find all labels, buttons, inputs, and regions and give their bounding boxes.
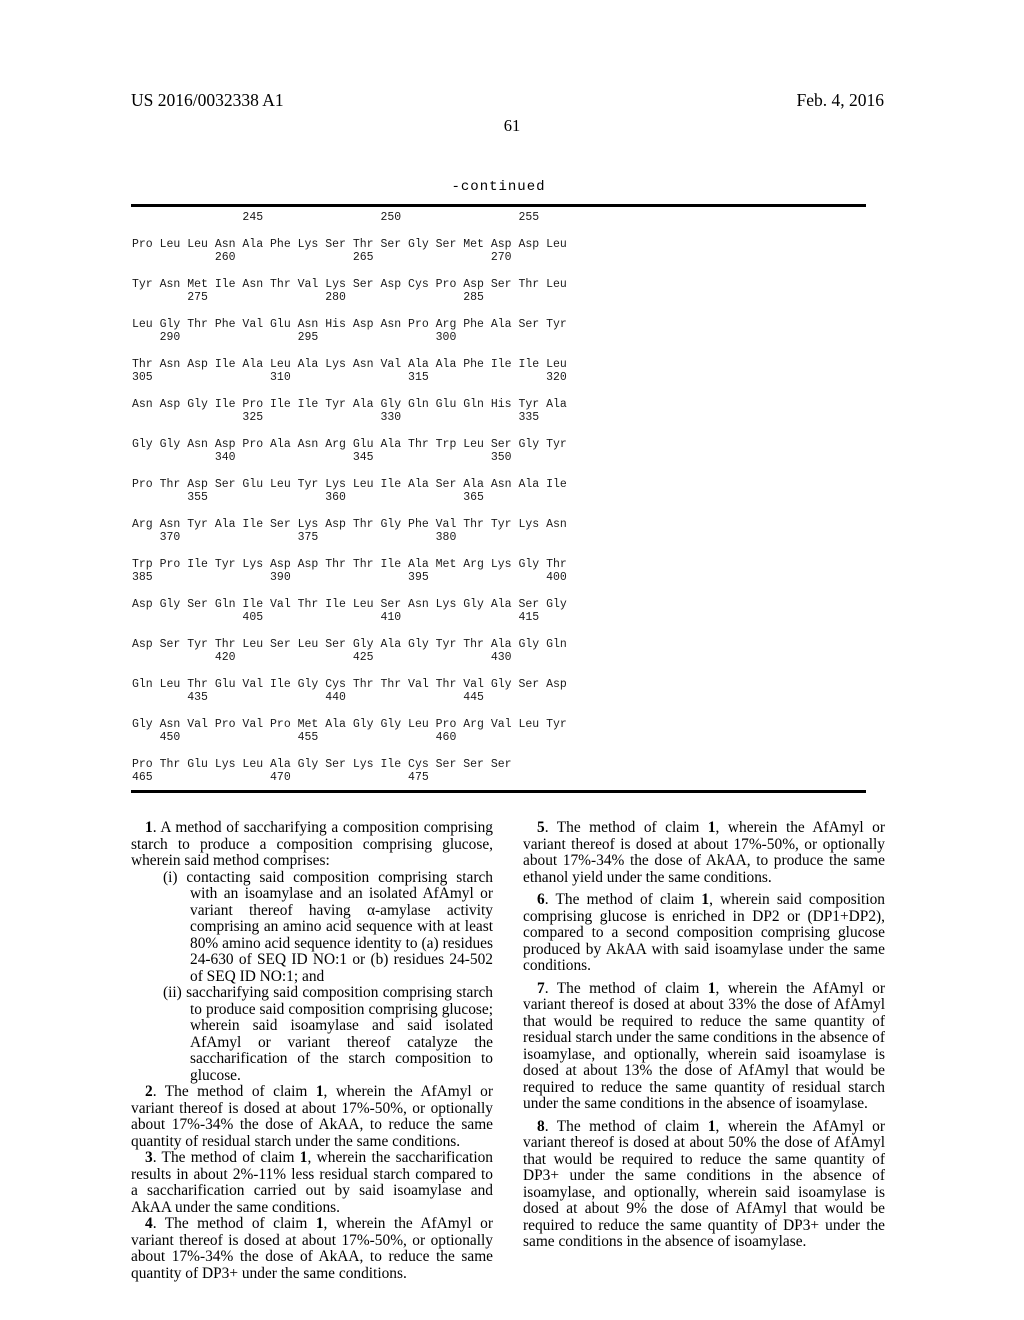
- publication-date: Feb. 4, 2016: [797, 90, 885, 111]
- continued-label: -continued: [131, 179, 866, 195]
- bottom-rule: [131, 790, 866, 793]
- claim-paragraph: 6. The method of claim 1, wherein said c…: [523, 892, 885, 975]
- patent-page: US 2016/0032338 A1 Feb. 4, 2016 61 -cont…: [0, 0, 1024, 1320]
- top-rule: [131, 204, 866, 207]
- claim-paragraph: 4. The method of claim 1, wherein the Af…: [131, 1216, 493, 1282]
- claims-column-left: 1. A method of saccharifying a compositi…: [131, 820, 493, 1282]
- claim-paragraph: 2. The method of claim 1, wherein the Af…: [131, 1084, 493, 1150]
- publication-number: US 2016/0032338 A1: [131, 90, 284, 111]
- claim-paragraph: 8. The method of claim 1, wherein the Af…: [523, 1119, 885, 1251]
- claim-paragraph: 3. The method of claim 1, wherein the sa…: [131, 1150, 493, 1216]
- claim-subitem: (i) contacting said composition comprisi…: [131, 870, 493, 986]
- claim-paragraph: 7. The method of claim 1, wherein the Af…: [523, 981, 885, 1113]
- claim-subitem: (ii) saccharifying said composition comp…: [131, 985, 493, 1084]
- claim-paragraph: 1. A method of saccharifying a compositi…: [131, 820, 493, 870]
- claim-paragraph: 5. The method of claim 1, wherein the Af…: [523, 820, 885, 886]
- claims-section: 1. A method of saccharifying a compositi…: [131, 820, 886, 1282]
- claims-column-right: 5. The method of claim 1, wherein the Af…: [523, 820, 885, 1282]
- sequence-listing: 245 250 255 Pro Leu Leu Asn Ala Phe Lys …: [132, 211, 567, 785]
- page-number: 61: [0, 116, 1024, 136]
